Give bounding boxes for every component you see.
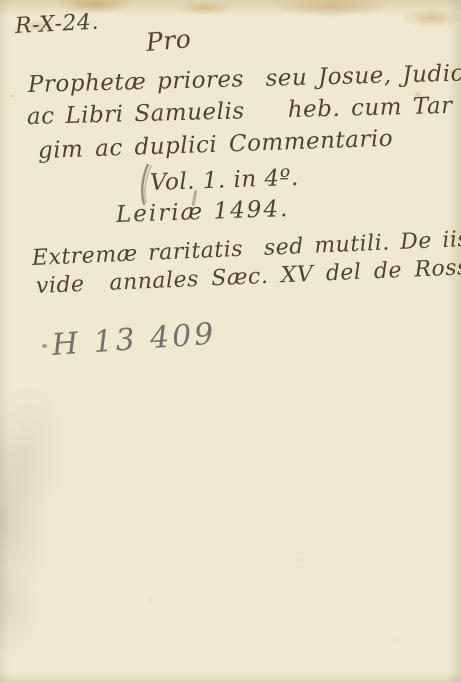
manuscript-line-title-3: gim ac duplici Commentario — [38, 126, 394, 164]
shelfmark: R-X-24. — [14, 10, 99, 39]
manuscript-line-imprint: Leiriæ 1494. — [116, 196, 290, 228]
manuscript-line-title-2: ac Libri Samuelis heb. cum Tar — [27, 93, 453, 130]
heading-pro: Pro — [145, 24, 193, 57]
catalog-card: R-X-24. Pro Prophetæ priores seu Josue, … — [0, 0, 461, 682]
pencil-accession-number: H 13 409 — [51, 317, 218, 363]
manuscript-line-title-1: Prophetæ priores seu Josue, Judices — [28, 60, 461, 98]
manuscript-line-volume: Vol. 1. in 4º. — [150, 165, 300, 196]
pencil-speck — [42, 344, 47, 348]
